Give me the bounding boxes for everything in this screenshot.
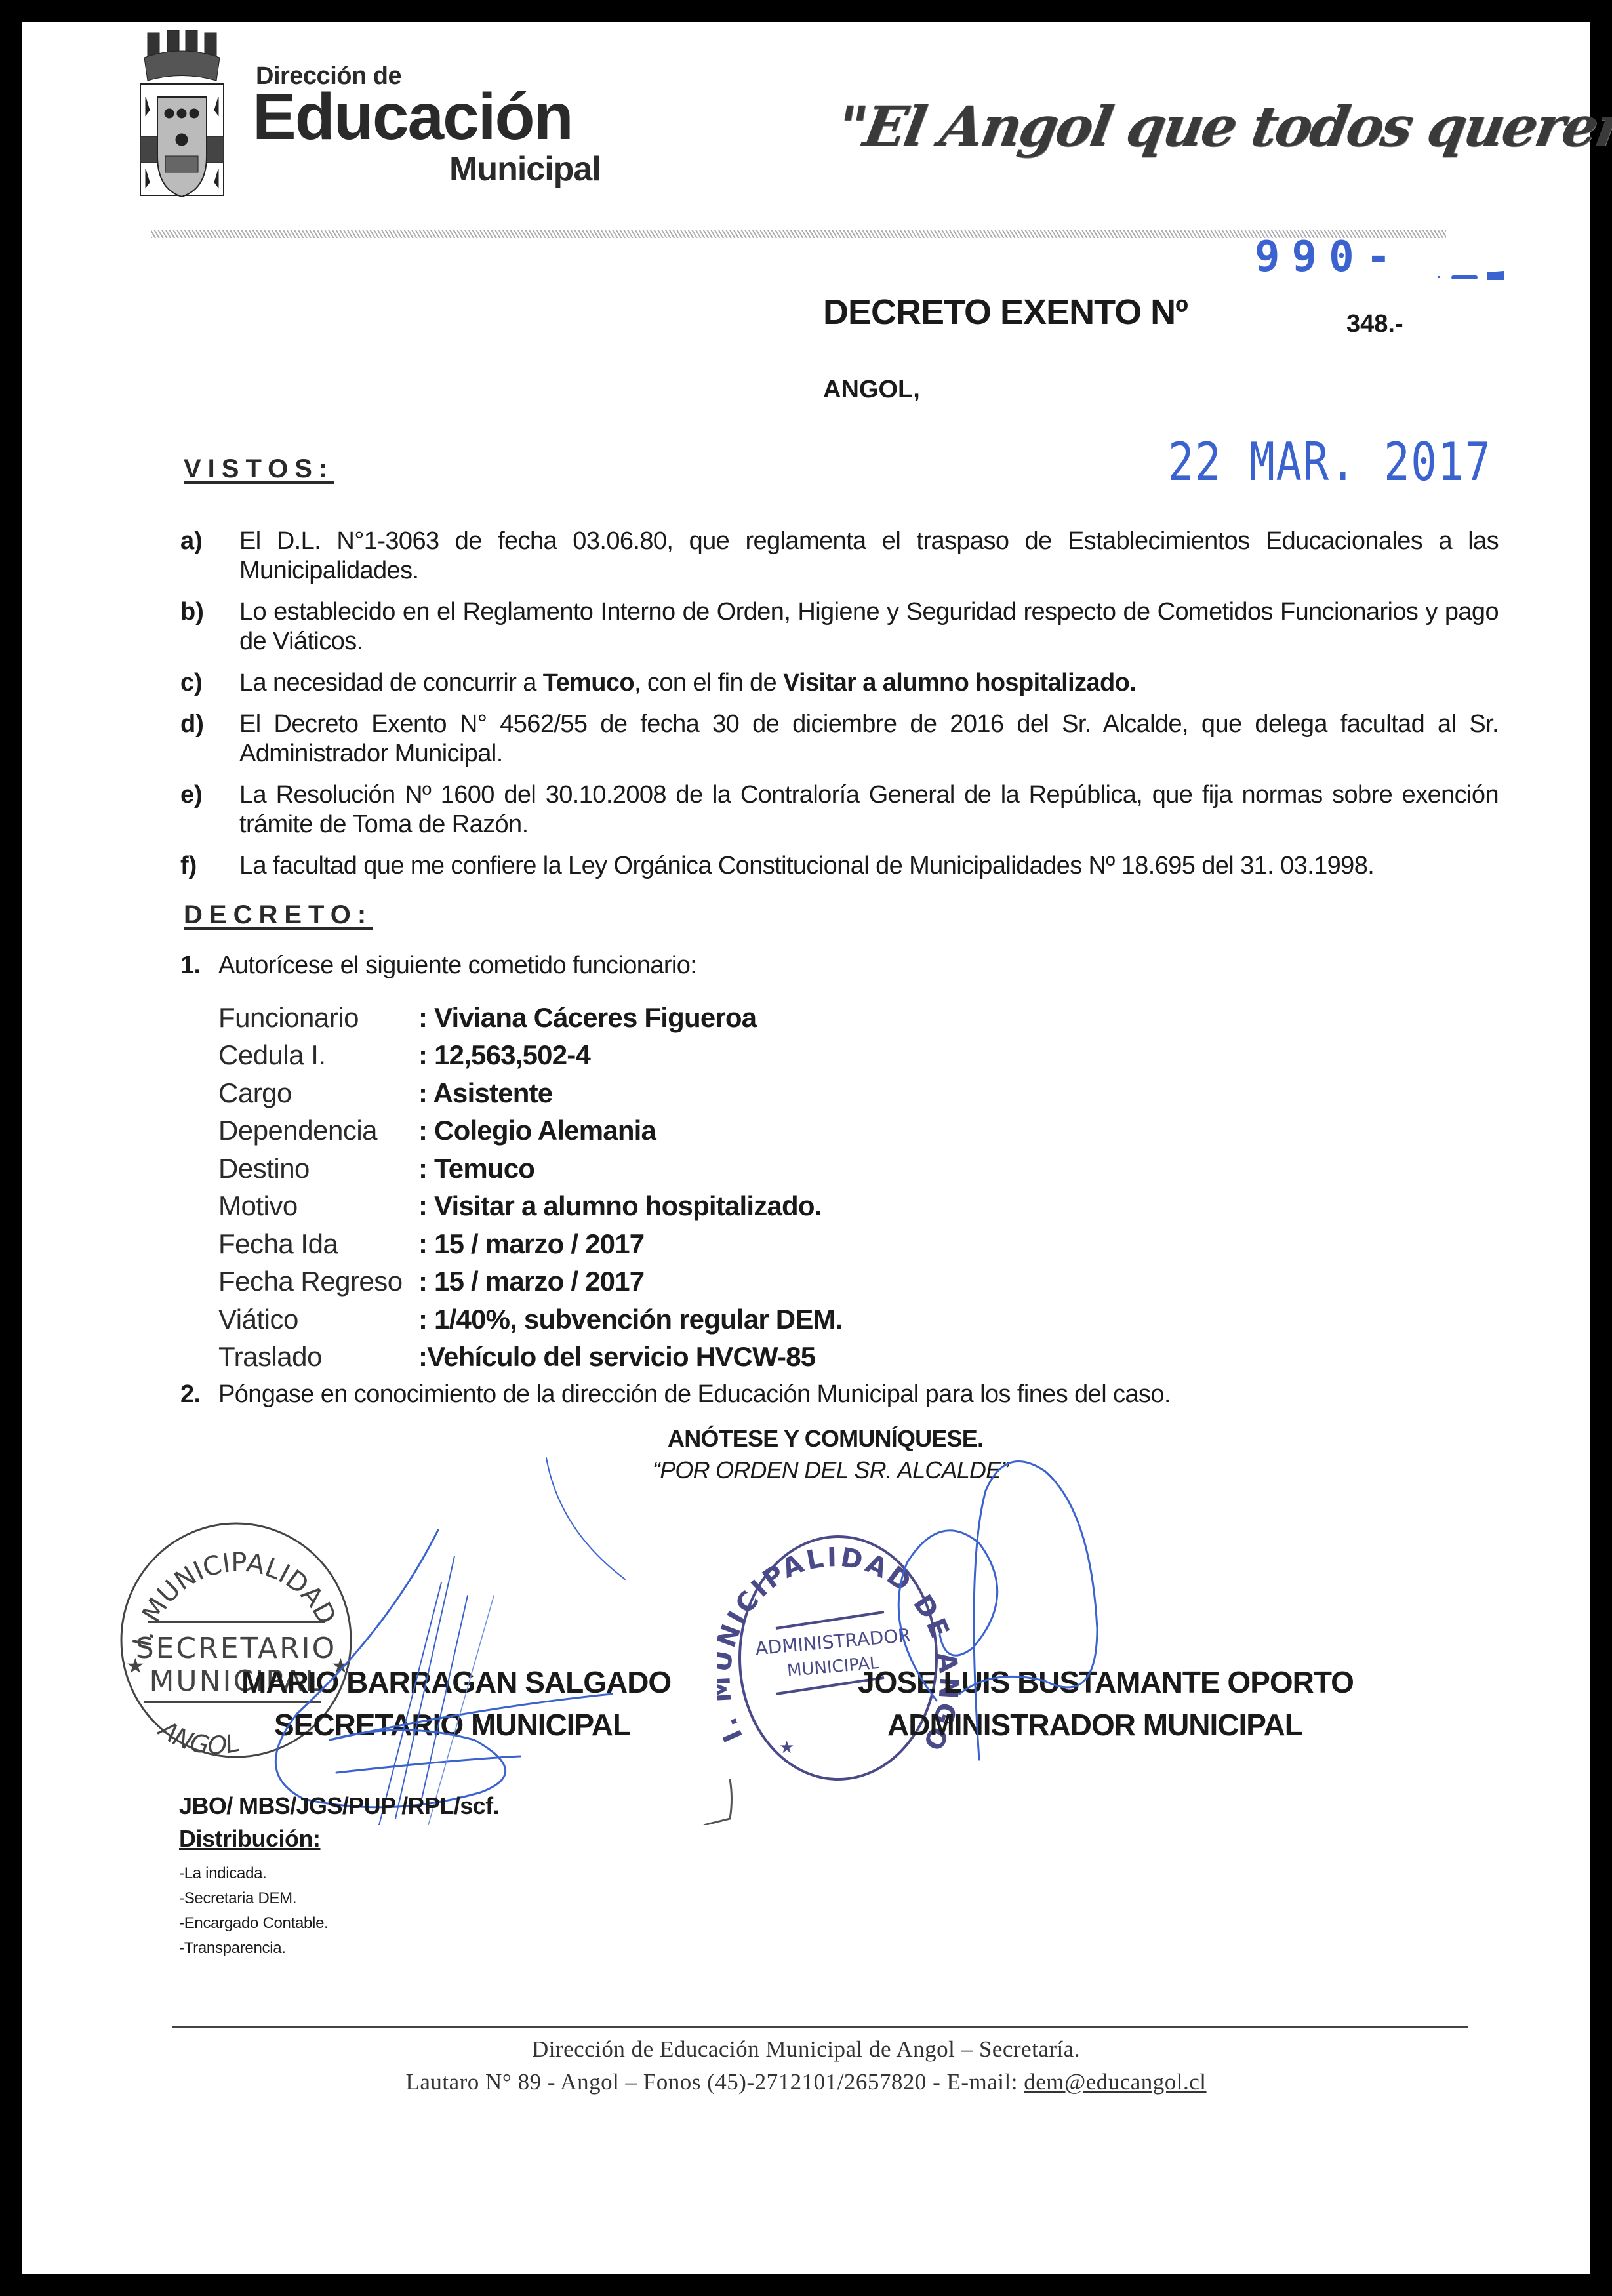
field-value: : 12,563,502-4 xyxy=(418,1039,590,1071)
commission-field-row: Cedula I.: 12,563,502-4 xyxy=(218,1037,843,1075)
vistos-item: a)El D.L. N°1-3063 de fecha 03.06.80, qu… xyxy=(180,527,1499,586)
decree-title: DECRETO EXENTO Nº xyxy=(823,292,1188,332)
handwritten-signatures-icon xyxy=(22,1432,1590,1825)
commission-fields: Funcionario: Viviana Cáceres FigueroaCed… xyxy=(218,999,843,1376)
field-value: : Asistente xyxy=(418,1078,552,1109)
distribution-item: -Transparencia. xyxy=(179,1936,329,1961)
registry-number-stamp: 990- xyxy=(1255,233,1403,281)
step-number: 2. xyxy=(180,1380,218,1409)
field-value: : 1/40%, subvención regular DEM. xyxy=(418,1304,843,1335)
field-value: : Viviana Cáceres Figueroa xyxy=(418,1002,756,1034)
vistos-item-label: b) xyxy=(180,597,239,656)
vistos-item-text: La necesidad de concurrir a Temuco, con … xyxy=(239,668,1499,698)
decree-step-2: 2.Póngase en conocimiento de la direcció… xyxy=(180,1380,1171,1409)
vistos-item-text: La Resolución Nº 1600 del 30.10.2008 de … xyxy=(239,780,1499,839)
text-run: El D.L. N°1-3063 de fecha 03.06.80, que … xyxy=(239,527,1499,584)
commission-field-row: Destino: Temuco xyxy=(218,1150,843,1188)
vistos-item-text: Lo establecido en el Reglamento Interno … xyxy=(239,597,1499,656)
date-stamp: 22 MAR. 2017 xyxy=(1168,432,1492,493)
commission-field-row: Dependencia: Colegio Alemania xyxy=(218,1112,843,1150)
initials-line: JBO/ MBS/JGS/PUP /RPL/scf. xyxy=(179,1792,499,1820)
vistos-heading: VISTOS: xyxy=(184,454,334,484)
commission-field-row: Cargo: Asistente xyxy=(218,1074,843,1112)
decree-step-1: 1.Autorícese el siguiente cometido funci… xyxy=(180,952,696,980)
field-value: : Visitar a alumno hospitalizado. xyxy=(418,1190,822,1222)
text-run: La necesidad de concurrir a xyxy=(239,669,543,696)
commission-field-row: Motivo: Visitar a alumno hospitalizado. xyxy=(218,1188,843,1226)
vistos-list: a)El D.L. N°1-3063 de fecha 03.06.80, qu… xyxy=(180,527,1499,893)
step-number: 1. xyxy=(180,952,218,980)
footer-address: Lautaro N° 89 - Angol – Fonos (45)-27121… xyxy=(405,2069,1024,2095)
field-label: Traslado xyxy=(218,1341,418,1373)
field-label: Fecha Regreso xyxy=(218,1266,418,1297)
field-value: : Temuco xyxy=(418,1153,534,1184)
footer-contact: Lautaro N° 89 - Angol – Fonos (45)-27121… xyxy=(22,2069,1590,2095)
field-label: Cargo xyxy=(218,1078,418,1109)
text-run: La facultad que me confiere la Ley Orgán… xyxy=(239,852,1374,879)
vistos-item-label: e) xyxy=(180,780,239,839)
commission-field-row: Traslado:Vehículo del servicio HVCW-85 xyxy=(218,1339,843,1377)
distribution-heading: Distribución: xyxy=(179,1825,321,1853)
vistos-item-label: a) xyxy=(180,527,239,586)
vistos-item: b)Lo establecido en el Reglamento Intern… xyxy=(180,597,1499,656)
text-run: , con el fin de xyxy=(634,669,783,696)
vistos-item: f)La facultad que me confiere la Ley Org… xyxy=(180,851,1499,881)
commission-field-row: Fecha Regreso: 15 / marzo / 2017 xyxy=(218,1263,843,1301)
document-page: Dirección de Educación Municipal "El Ang… xyxy=(22,22,1590,2274)
text-run: Lo establecido en el Reglamento Interno … xyxy=(239,598,1499,655)
field-label: Fecha Ida xyxy=(218,1228,418,1260)
text-run: La Resolución Nº 1600 del 30.10.2008 de … xyxy=(239,781,1499,838)
field-label: Cedula I. xyxy=(218,1039,418,1071)
distribution-list: -La indicada.-Secretaria DEM.-Encargado … xyxy=(179,1861,329,1961)
field-value: :Vehículo del servicio HVCW-85 xyxy=(418,1341,815,1373)
footer-email-link[interactable]: dem@educangol.cl xyxy=(1024,2069,1206,2095)
step-text: Autorícese el siguiente cometido funcion… xyxy=(218,952,696,979)
decreto-heading: DECRETO: xyxy=(184,900,373,930)
field-label: Viático xyxy=(218,1304,418,1335)
vistos-item: d)El Decreto Exento N° 4562/55 de fecha … xyxy=(180,710,1499,769)
field-label: Destino xyxy=(218,1153,418,1184)
decree-number: 348.- xyxy=(1346,310,1403,338)
field-value: : 15 / marzo / 2017 xyxy=(418,1228,644,1260)
vistos-item-label: d) xyxy=(180,710,239,769)
distribution-item: -La indicada. xyxy=(179,1861,329,1886)
emphasis-text: Temuco xyxy=(543,669,634,696)
vistos-item-text: La facultad que me confiere la Ley Orgán… xyxy=(239,851,1499,881)
distribution-item: -Encargado Contable. xyxy=(179,1911,329,1936)
slogan: "El Angol que todos queremos..." xyxy=(832,94,1612,159)
field-label: Dependencia xyxy=(218,1115,418,1146)
step-text: Póngase en conocimiento de la dirección … xyxy=(218,1380,1171,1408)
vistos-item: c)La necesidad de concurrir a Temuco, co… xyxy=(180,668,1499,698)
vistos-item-label: c) xyxy=(180,668,239,698)
commission-field-row: Viático: 1/40%, subvención regular DEM. xyxy=(218,1300,843,1339)
field-value: : 15 / marzo / 2017 xyxy=(418,1266,644,1297)
field-label: Motivo xyxy=(218,1190,418,1222)
vistos-item-text: El Decreto Exento N° 4562/55 de fecha 30… xyxy=(239,710,1499,769)
emphasis-text: Visitar a alumno hospitalizado. xyxy=(783,669,1136,696)
distribution-item: -Secretaria DEM. xyxy=(179,1886,329,1911)
header-divider xyxy=(151,230,1446,238)
vistos-item-label: f) xyxy=(180,851,239,881)
org-name-line3: Municipal xyxy=(449,150,601,189)
ink-smudge-icon xyxy=(1438,271,1507,281)
text-run: El Decreto Exento N° 4562/55 de fecha 30… xyxy=(239,710,1499,767)
field-label: Funcionario xyxy=(218,1002,418,1034)
commission-field-row: Funcionario: Viviana Cáceres Figueroa xyxy=(218,999,843,1037)
org-name-line2: Educación xyxy=(252,84,573,150)
municipal-crest-icon xyxy=(138,25,226,205)
vistos-item: e)La Resolución Nº 1600 del 30.10.2008 d… xyxy=(180,780,1499,839)
footer-divider xyxy=(172,2026,1468,2028)
footer-org: Dirección de Educación Municipal de Ango… xyxy=(22,2036,1590,2063)
decree-place: ANGOL, xyxy=(823,376,920,404)
vistos-item-text: El D.L. N°1-3063 de fecha 03.06.80, que … xyxy=(239,527,1499,586)
field-value: : Colegio Alemania xyxy=(418,1115,656,1146)
commission-field-row: Fecha Ida: 15 / marzo / 2017 xyxy=(218,1225,843,1263)
